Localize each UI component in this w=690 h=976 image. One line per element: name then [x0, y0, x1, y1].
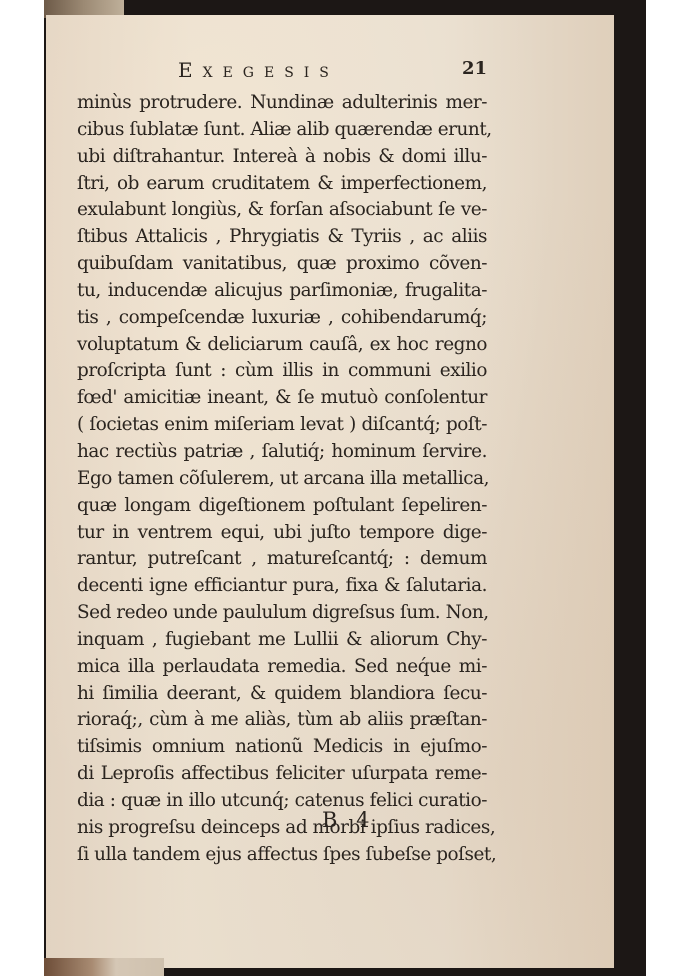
- body-text: minùs protrudere. Nundinæ adulterinis me…: [77, 90, 487, 868]
- text-line: ( ſocietas enim miſeriam levat ) diſcant…: [77, 412, 487, 439]
- text-line: mica illa perlaudata remedia. Sed neq́ue…: [77, 654, 487, 681]
- text-line: ſtibus Attalicis , Phrygiatis & Tyriis ,…: [77, 224, 487, 251]
- text-line: quibuſdam vanitatibus, quæ proximo cõven…: [77, 251, 487, 278]
- running-head: Exegesis: [178, 58, 339, 82]
- text-line: decenti igne efficiantur pura, fixa & ſa…: [77, 573, 487, 600]
- text-line: rioraq́;, cùm à me aliàs, tùm ab aliis p…: [77, 707, 487, 734]
- text-line: ſi ulla tandem ejus affectus ſpes ſubeſs…: [77, 842, 487, 869]
- text-line: fœd' amicitiæ ineant, & ſe mutuò conſole…: [77, 385, 487, 412]
- text-line: ubi diſtrahantur. Intereà à nobis & domi…: [77, 144, 487, 171]
- text-line: hi ſimilia deerant, & quidem blandiora ſ…: [77, 681, 487, 708]
- page-number: 21: [462, 58, 487, 79]
- text-line: tur in ventrem equi, ubi juſto tempore d…: [77, 520, 487, 547]
- text-line: voluptatum & deliciarum cauſâ, ex hoc re…: [77, 332, 487, 359]
- text-line: tiſsimis omnium nationũ Medicis in ejuſm…: [77, 734, 487, 761]
- text-line: Sed redeo unde paululum digreſsus ſum. N…: [77, 600, 487, 627]
- book-edge-bottom: [44, 958, 164, 976]
- text-line: exulabunt longiùs, & forſan aſsociabunt …: [77, 197, 487, 224]
- text-line: proſcripta ſunt : cùm illis in communi e…: [77, 358, 487, 385]
- text-line: ſtri, ob earum cruditatem & imperfection…: [77, 171, 487, 198]
- text-line: dia : quæ in illo utcunq́; catenus felic…: [77, 788, 487, 815]
- text-line: quæ longam digeſtionem poſtulant ſepelir…: [77, 493, 487, 520]
- signature-mark: B 4: [322, 808, 375, 832]
- text-line: Ego tamen cõſulerem, ut arcana illa meta…: [77, 466, 487, 493]
- text-line: tis , compeſcendæ luxuriæ , cohibendarum…: [77, 305, 487, 332]
- text-line: rantur, putreſcant , matureſcantq́; : de…: [77, 546, 487, 573]
- text-line: hac rectiùs patriæ , ſalutiq́; hominum ſ…: [77, 439, 487, 466]
- text-line: cibus ſublatæ ſunt. Aliæ alib quærendæ e…: [77, 117, 487, 144]
- text-line: di Leproſis affectibus feliciter uſurpat…: [77, 761, 487, 788]
- text-line: tu, inducendæ alicujus parſimoniæ, fruga…: [77, 278, 487, 305]
- text-line: inquam , fugiebant me Lullii & aliorum C…: [77, 627, 487, 654]
- text-line: minùs protrudere. Nundinæ adulterinis me…: [77, 90, 487, 117]
- text-line: nis progreſsu deinceps ad morbi ipſius r…: [77, 815, 487, 842]
